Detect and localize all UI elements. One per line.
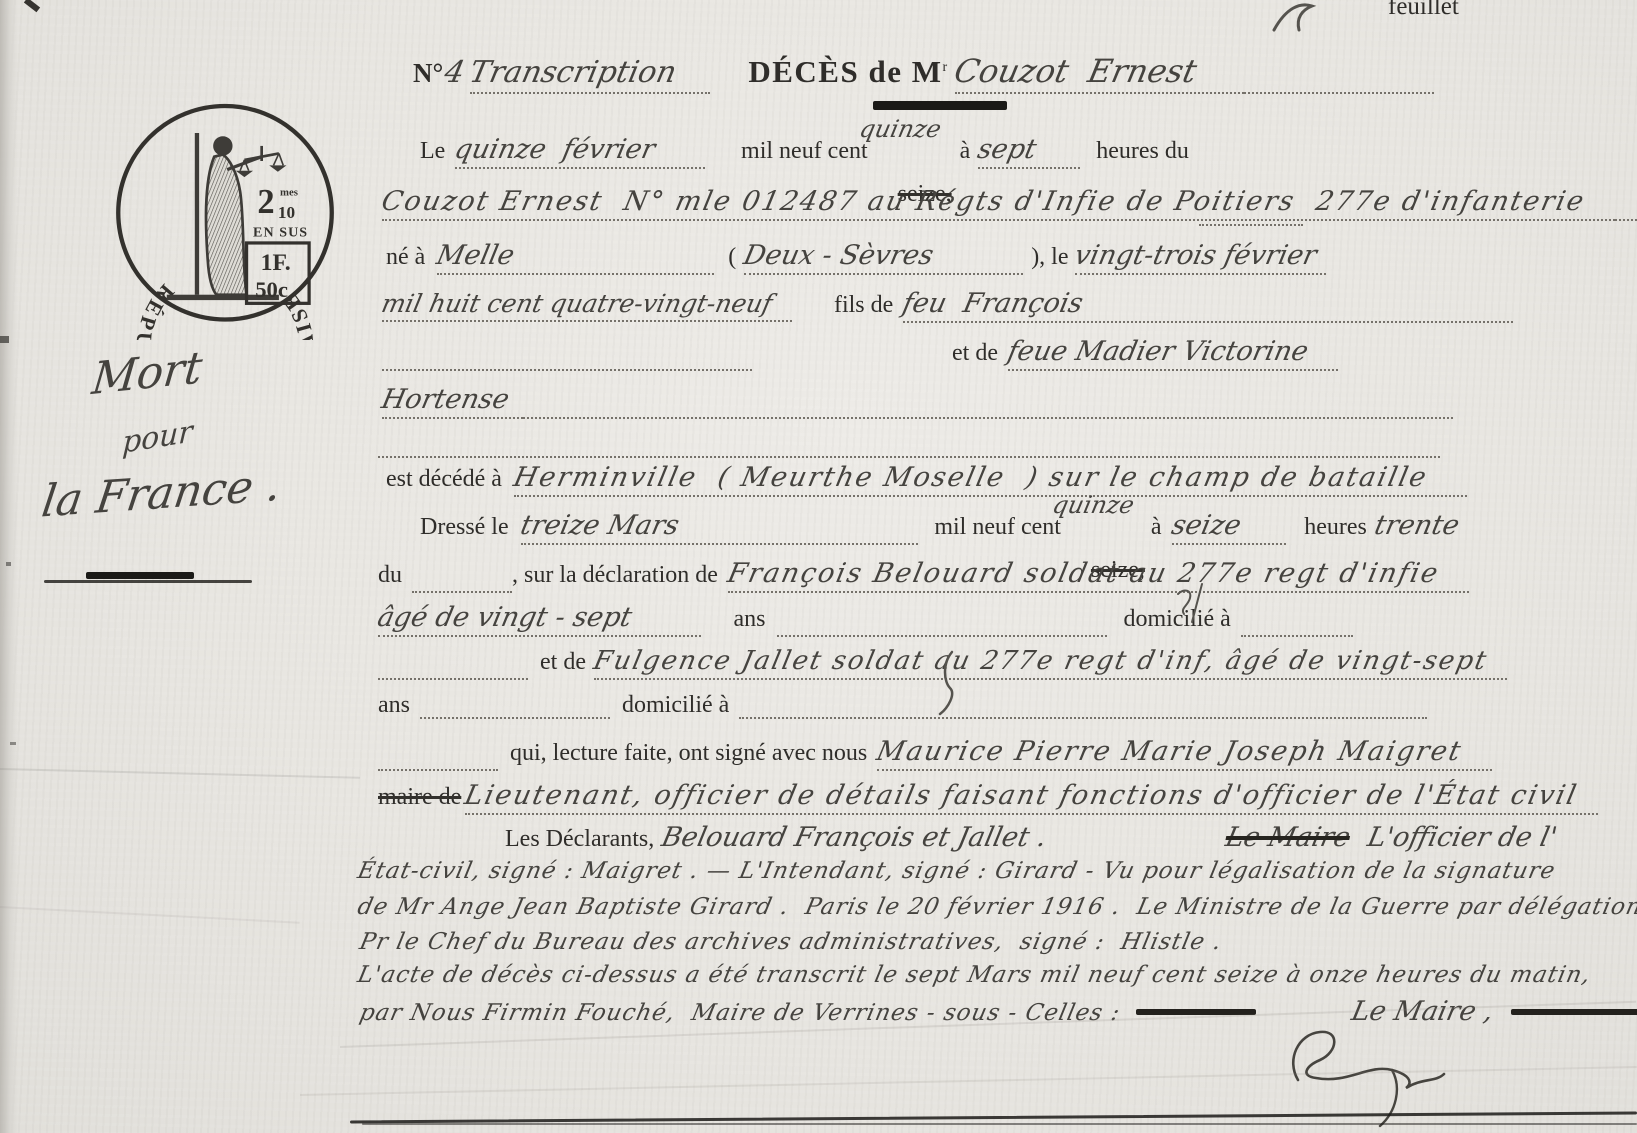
- margin-note-pour: pour: [120, 415, 196, 461]
- officer-name: Maurice Pierre Marie Joseph Maigret: [874, 736, 1466, 767]
- lecture-faite-label: qui, lecture faite, ont signé avec nous: [510, 740, 867, 767]
- bottom-rule-2: [362, 1123, 1637, 1125]
- mother-name2-field: Hortense: [382, 384, 523, 419]
- officer-title-field: Lieutenant, officier de détails faisant …: [465, 780, 1597, 815]
- heures-label: heures: [1304, 514, 1367, 541]
- est-decede-label: est décédé à: [386, 466, 502, 493]
- officer-name-field: Maurice Pierre Marie Joseph Maigret: [877, 736, 1492, 771]
- deces-title: DÉCÈS de M: [748, 54, 942, 90]
- death-hour-field: sept: [978, 134, 1080, 169]
- a-label: à: [960, 138, 971, 165]
- declarant2-domicile-line: ans domicilié à: [378, 692, 1427, 719]
- ans-label2: ans: [378, 692, 410, 719]
- et-de-label2: et de: [540, 649, 586, 676]
- dotted-blank: [1244, 88, 1434, 94]
- pen-flourish-icon: [928, 648, 968, 718]
- close-paren-le: ), le: [1031, 244, 1068, 271]
- legalisation-text: de Mr Ange Jean Baptiste Girard . Paris …: [355, 894, 1637, 920]
- le-label: Le: [420, 138, 445, 165]
- mother-name: feue Madier Victorine: [1005, 336, 1311, 367]
- birthplace: Melle: [434, 240, 517, 271]
- mother-name-continued-line: Hortense: [382, 384, 1453, 419]
- record-date: treize Mars: [517, 510, 681, 541]
- corner-note: feuillet: [1388, 0, 1459, 21]
- declarant1: François Belouard soldat au 277e regt d'…: [725, 558, 1443, 589]
- margin-underline-thin: [44, 580, 252, 583]
- scan-artifact: [24, 0, 40, 12]
- scan-artifact: [0, 336, 9, 343]
- svg-text:mes: mes: [280, 187, 298, 199]
- scan-artifact: [10, 742, 16, 745]
- margin-note-mort: Mort: [90, 342, 205, 404]
- svg-text:1F.: 1F.: [261, 250, 291, 276]
- year-correction2: quinze: [1050, 491, 1137, 519]
- dotted-blank: [412, 587, 512, 593]
- death-date-field: quinze février: [455, 134, 705, 169]
- act-number: 4: [442, 55, 469, 90]
- number-label: N°: [413, 58, 443, 89]
- year-correction: quinze: [857, 115, 944, 143]
- svg-text:10: 10: [278, 203, 295, 222]
- title-superscript: r: [942, 60, 947, 76]
- officier-de-l: L'officier de l': [1365, 822, 1560, 853]
- signatures-summary: État-civil, signé : Maigret . — L'Intend…: [355, 858, 1558, 884]
- birthplace-line: né à Melle ( Deux - Sèvres ), le vingt-t…: [386, 240, 1326, 275]
- domicilie-label2: domicilié à: [622, 692, 729, 719]
- father-field: feu François: [903, 288, 1513, 323]
- scan-edge-band: [0, 0, 18, 1133]
- birthdate-field: vingt-trois février: [1075, 240, 1326, 275]
- death-hour: sept: [975, 134, 1040, 165]
- death-place-line: est décédé à Herminville ( Meurthe Mosel…: [386, 462, 1467, 497]
- a-label2: à: [1151, 514, 1162, 541]
- declarants-line: Les Déclarants, Belouard François et Jal…: [505, 822, 1557, 853]
- ne-a-label: né à: [386, 244, 425, 271]
- act-type: Transcription: [467, 55, 680, 90]
- birth-year: mil huit cent quatre-vingt-neuf: [379, 289, 775, 318]
- revenue-stamp-icon: RÉPUBLIQUE FRANÇAISE 2 mes 10 EN SUS: [106, 92, 344, 340]
- declarant1-age-field: âgé de vingt - sept: [378, 602, 701, 637]
- dotted-blank: [739, 713, 1427, 719]
- declarant1-age: âgé de vingt - sept: [375, 602, 635, 633]
- bureau-text: Pr le Chef du Bureau des archives admini…: [357, 929, 1224, 955]
- death-place-field: Herminville ( Meurthe Moselle ) sur le c…: [514, 462, 1468, 497]
- stamp-value-text: 2 mes 10 EN SUS 1F. 50c: [247, 183, 310, 304]
- dotted-blank: [378, 674, 528, 680]
- transcription-text: L'acte de décès ci-dessus a été transcri…: [355, 962, 1593, 988]
- declarant1-field: François Belouard soldat au 277e regt d'…: [728, 558, 1469, 593]
- feuillet-label: feuillet: [1388, 0, 1459, 21]
- paper-crease: [0, 906, 300, 924]
- declaration-line: du , sur la déclaration de François Belo…: [378, 558, 1469, 593]
- mother-middle-name: Hortense: [379, 384, 512, 415]
- mort-word: Mort: [90, 342, 205, 405]
- pour-word: pour: [122, 414, 194, 461]
- mother-field: feue Madier Victorine: [1008, 336, 1338, 371]
- officer-title-line: maire de Lieutenant, officier de détails…: [378, 780, 1598, 815]
- struck-maire-de: maire de: [378, 784, 461, 811]
- act-type-field: Transcription: [470, 55, 710, 94]
- header-line: N° 4 Transcription DÉCÈS de M r Couzot E…: [413, 52, 1434, 94]
- pen-mark-icon: [1168, 580, 1214, 626]
- dotted-blank: [523, 413, 1453, 419]
- dotted-blank: [1615, 215, 1637, 221]
- birthplace-field: Melle: [437, 240, 714, 275]
- identity-field: Couzot Ernest N° mle 012487 au Régts d'I…: [382, 186, 1615, 221]
- deceased-name-field: Couzot Ernest: [955, 52, 1244, 94]
- death-place: Herminville ( Meurthe Moselle ) sur le c…: [511, 462, 1431, 493]
- birth-year-field: mil huit cent quatre-vingt-neuf: [382, 289, 792, 322]
- la-france-words: la France .: [39, 459, 285, 527]
- scan-artifact: [6, 562, 11, 566]
- svg-text:EN SUS: EN SUS: [253, 225, 308, 240]
- department-field: Deux - Sèvres: [744, 240, 1023, 275]
- soldier-identity-line: Couzot Ernest N° mle 012487 au Régts d'I…: [382, 186, 1637, 221]
- birthyear-filiation-line: mil huit cent quatre-vingt-neuf fils de …: [382, 288, 1513, 323]
- mil-neuf-cent-label: mil neuf cent: [741, 138, 868, 165]
- birth-day-month: vingt-trois février: [1071, 240, 1319, 271]
- legalisation-line: de Mr Ange Jean Baptiste Girard . Paris …: [358, 894, 1637, 920]
- pen-flourish-icon: [1266, 0, 1326, 36]
- svg-text:2: 2: [257, 183, 274, 221]
- margin-underline-heavy: [86, 572, 194, 579]
- dotted-blank: [378, 452, 1440, 458]
- death-date: quinze février: [452, 134, 658, 165]
- mil-neuf-cent-label2: mil neuf cent: [934, 514, 1061, 541]
- death-certificate-page: feuillet RÉPUBLIQUE FRANÇAISE: [0, 0, 1637, 1133]
- declarant2: Fulgence Jallet soldat au 277e regt d'in…: [591, 646, 1491, 676]
- heures-du-label: heures du: [1096, 138, 1189, 165]
- et-de-label: et de: [952, 340, 998, 367]
- dotted-blank: [420, 713, 610, 719]
- deceased-name: Couzot Ernest: [951, 52, 1200, 90]
- svg-text:50c: 50c: [255, 277, 288, 302]
- dotted-blank: [382, 365, 752, 371]
- paper-crease: [0, 768, 360, 779]
- transcription-line: L'acte de décès ci-dessus a été transcri…: [358, 962, 1591, 988]
- signed-with-us-line: qui, lecture faite, ont signé avec nous …: [378, 736, 1492, 771]
- les-declarants-label: Les Déclarants,: [505, 826, 654, 853]
- dotted-blank: [777, 631, 1107, 637]
- margin-note-la-france: la France .: [41, 460, 283, 528]
- struck-le-maire: Le Maire: [1223, 822, 1353, 853]
- dresse-le-label: Dressé le: [420, 514, 509, 541]
- dotted-blank: [378, 765, 498, 771]
- father-name: feu François: [900, 288, 1086, 319]
- mother-line: et de feue Madier Victorine: [382, 336, 1338, 371]
- record-date-field: treize Mars: [521, 510, 919, 545]
- record-minutes: trente: [1372, 510, 1463, 541]
- dotted-blank: [1241, 631, 1353, 637]
- record-hour: seize: [1168, 510, 1243, 541]
- signatures-summary-line: État-civil, signé : Maigret . — L'Intend…: [358, 858, 1555, 884]
- heavy-dash: [1511, 1009, 1637, 1015]
- fils-de-label: fils de: [834, 292, 893, 319]
- name-heavy-underline: [873, 101, 1007, 110]
- declarants-names: Belouard François et Jallet .: [659, 822, 1050, 853]
- bureau-line: Pr le Chef du Bureau des archives admini…: [360, 929, 1222, 955]
- sur-declaration-label: , sur la déclaration de: [512, 562, 718, 589]
- declarant2-field: Fulgence Jallet soldat au 277e regt d'in…: [594, 646, 1508, 680]
- record-hour-field: seize: [1172, 510, 1287, 545]
- open-paren: (: [728, 244, 736, 271]
- department: Deux - Sèvres: [741, 240, 937, 271]
- ans-label: ans: [733, 606, 765, 633]
- heavy-dash: [1136, 1009, 1256, 1015]
- blank-line: [378, 452, 1440, 458]
- du-label: du: [378, 562, 402, 589]
- soldier-identity: Couzot Ernest N° mle 012487 au Régts d'I…: [379, 186, 1589, 217]
- officer-title: Lieutenant, officier de détails faisant …: [462, 780, 1581, 811]
